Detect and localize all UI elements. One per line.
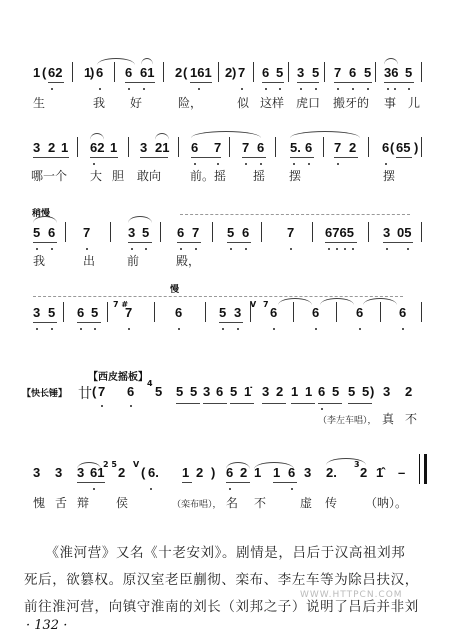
note: 5 (33, 226, 40, 240)
lyric: 出 (83, 254, 95, 268)
lyric: 似 (237, 96, 249, 110)
slur (384, 58, 398, 65)
barline (324, 62, 325, 82)
note: 161 (190, 66, 212, 80)
note: 6 (257, 141, 264, 155)
lyric: 好 (130, 96, 142, 110)
note: 1̇ (244, 385, 251, 399)
note: 7 (98, 385, 105, 399)
note: ) (211, 466, 215, 480)
note: 5 (230, 385, 237, 399)
note: 6 (318, 385, 325, 399)
barline (288, 62, 289, 82)
lyric: （李左车唱）， (318, 414, 377, 428)
note: 62 (90, 141, 104, 155)
note: 6. (148, 466, 159, 480)
barline (421, 62, 422, 82)
lyric: 不 (254, 496, 266, 510)
lyric: 险， (178, 96, 202, 110)
note: 6 (96, 66, 103, 80)
note: 3 (140, 141, 147, 155)
note: 3 (33, 141, 40, 155)
note: 2 (196, 466, 203, 480)
note: 6 (399, 306, 406, 320)
note: 2 (118, 466, 125, 480)
barline (72, 62, 73, 82)
note: 36 (384, 66, 398, 80)
note: 3 (55, 466, 62, 480)
prefix-label: 【快长锤】 (22, 386, 67, 399)
note: 6 (175, 306, 182, 320)
note: 6 (305, 141, 312, 155)
note: 65 (396, 141, 410, 155)
note: 6765 (325, 226, 354, 240)
note: 1̂ (376, 466, 383, 480)
note: 5 (176, 385, 183, 399)
note: 5 (332, 385, 339, 399)
breath-mark: V (133, 460, 139, 469)
note: 2 (175, 66, 182, 80)
barline (114, 62, 115, 82)
note: 6 (312, 306, 319, 320)
note: 7 (83, 226, 90, 240)
lyric: 儿 (408, 96, 420, 110)
lyric: 愧 (33, 496, 45, 510)
note: 5 (312, 66, 319, 80)
lyric: 敢向 (137, 169, 161, 183)
barline (163, 62, 164, 82)
final-barline (424, 454, 427, 484)
note: – (398, 466, 405, 480)
note: 62 (48, 66, 62, 80)
slur (97, 58, 135, 65)
note: 6 (242, 226, 249, 240)
lyric: 摆 (383, 169, 395, 183)
note: 3 (203, 385, 210, 399)
note: 3 (33, 466, 40, 480)
note: ( (141, 466, 145, 480)
tempo-marking: 慢 (170, 282, 179, 295)
note: 6 (270, 306, 277, 320)
note: 6 (125, 66, 132, 80)
lyric: 舌 (55, 496, 67, 510)
lyric: 哪一个 (31, 169, 67, 183)
lyric: 虎口 (296, 96, 320, 110)
note: 6 (262, 66, 269, 80)
note: 5 (48, 306, 55, 320)
note: ) (90, 66, 94, 80)
lyric: 前。摇 (190, 169, 226, 183)
lyric: 大 (90, 169, 102, 183)
lyric: 侯 (116, 496, 128, 510)
note: 6 (382, 141, 389, 155)
note: 7 (238, 66, 245, 80)
note: 5 (362, 385, 369, 399)
lyric: 不 (405, 412, 417, 426)
lyric: 生 (33, 96, 45, 110)
barline (253, 62, 254, 82)
note: 7 (287, 226, 294, 240)
note: 3 (234, 306, 241, 320)
lyric: 名 (226, 496, 238, 510)
note: 3 (383, 226, 390, 240)
note: 5. (290, 141, 301, 155)
note: 3 (128, 226, 135, 240)
barline (218, 62, 219, 82)
lyric: 虚 (300, 496, 312, 510)
note: 6 (349, 66, 356, 80)
lyric: 摇 (253, 169, 265, 183)
page-number: · 132 · (26, 618, 67, 633)
note: ( (42, 66, 46, 80)
note: 1 (182, 466, 189, 480)
note: 5 (91, 306, 98, 320)
grace-note: 4 (147, 379, 153, 388)
watermark: WWW.HTTPCN.COM (300, 590, 403, 600)
note: 6 (177, 226, 184, 240)
note: ( (183, 66, 187, 80)
lyric: 事 (384, 96, 396, 110)
note: 2 (405, 385, 412, 399)
free-meter-sign: 廿 (78, 383, 92, 403)
note: 1 (291, 385, 298, 399)
note: 6 (48, 226, 55, 240)
note: 7 (334, 66, 341, 80)
lyric: 辩 (77, 496, 89, 510)
note: 3 (304, 466, 311, 480)
note: 2. (326, 466, 337, 480)
note: 6 (356, 306, 363, 320)
lyric: 我 (93, 96, 105, 110)
note: 5 (155, 385, 162, 399)
note: 5 (142, 226, 149, 240)
lyric: 殿， (176, 254, 200, 268)
note: ) (414, 141, 418, 155)
note: ( (92, 385, 96, 399)
lyric: 真 (382, 412, 394, 426)
note: 6 (127, 385, 134, 399)
note: 7 (242, 141, 249, 155)
note: 1 (110, 141, 117, 155)
note: 6 (77, 306, 84, 320)
note: 5 (405, 66, 412, 80)
lyric: （呐）。 (365, 496, 407, 510)
note: 5 (276, 66, 283, 80)
section-label: 【西皮摇板】 (88, 368, 148, 383)
note: 5 (219, 306, 226, 320)
lyric: 前 (127, 254, 139, 268)
slur (141, 58, 153, 65)
grace-note: 7 # (113, 300, 128, 309)
grace-note: 2 5 (103, 460, 117, 469)
lyric: 搬牙的 (333, 96, 369, 110)
synopsis-text: 《淮河营》又名《十老安刘》。剧情是，吕后于汉高祖刘邦 死后，欲篡权。原汉室老臣蒯… (24, 540, 454, 621)
note: ) (370, 385, 374, 399)
note: 05 (397, 226, 411, 240)
lyric: 胆 (112, 169, 124, 183)
lyric: （栾布唱）， (172, 498, 222, 512)
note: 2 (48, 141, 55, 155)
lyric: 我 (33, 254, 45, 268)
note: 1 (305, 385, 312, 399)
note: 21 (155, 141, 169, 155)
note: ) (232, 66, 236, 80)
note: 1 (33, 66, 40, 80)
note: ( (390, 141, 394, 155)
note: 6 (191, 141, 198, 155)
note: 5 (348, 385, 355, 399)
lyric: 传 (325, 496, 337, 510)
lyric: 这样 (260, 96, 284, 110)
note: 7 (214, 141, 221, 155)
note: 1 (61, 141, 68, 155)
barline (375, 62, 376, 82)
note: 2 (276, 385, 283, 399)
note: 2 (349, 141, 356, 155)
note: 7 (334, 141, 341, 155)
note: 6 (216, 385, 223, 399)
note: 3 (383, 385, 390, 399)
note: 5 (227, 226, 234, 240)
note: 5 (190, 385, 197, 399)
note: 61 (140, 66, 154, 80)
lyric: 摆 (289, 169, 301, 183)
synopsis-line-1: 《淮河营》又名《十老安刘》。剧情是，吕后于汉高祖刘邦 (24, 540, 454, 567)
note: 3 (262, 385, 269, 399)
grace-note: 7 (263, 300, 269, 309)
note: 3 (297, 66, 304, 80)
note: 2 (360, 466, 367, 480)
note: 5 (364, 66, 371, 80)
note: 7 (192, 226, 199, 240)
note: 3 (33, 306, 40, 320)
